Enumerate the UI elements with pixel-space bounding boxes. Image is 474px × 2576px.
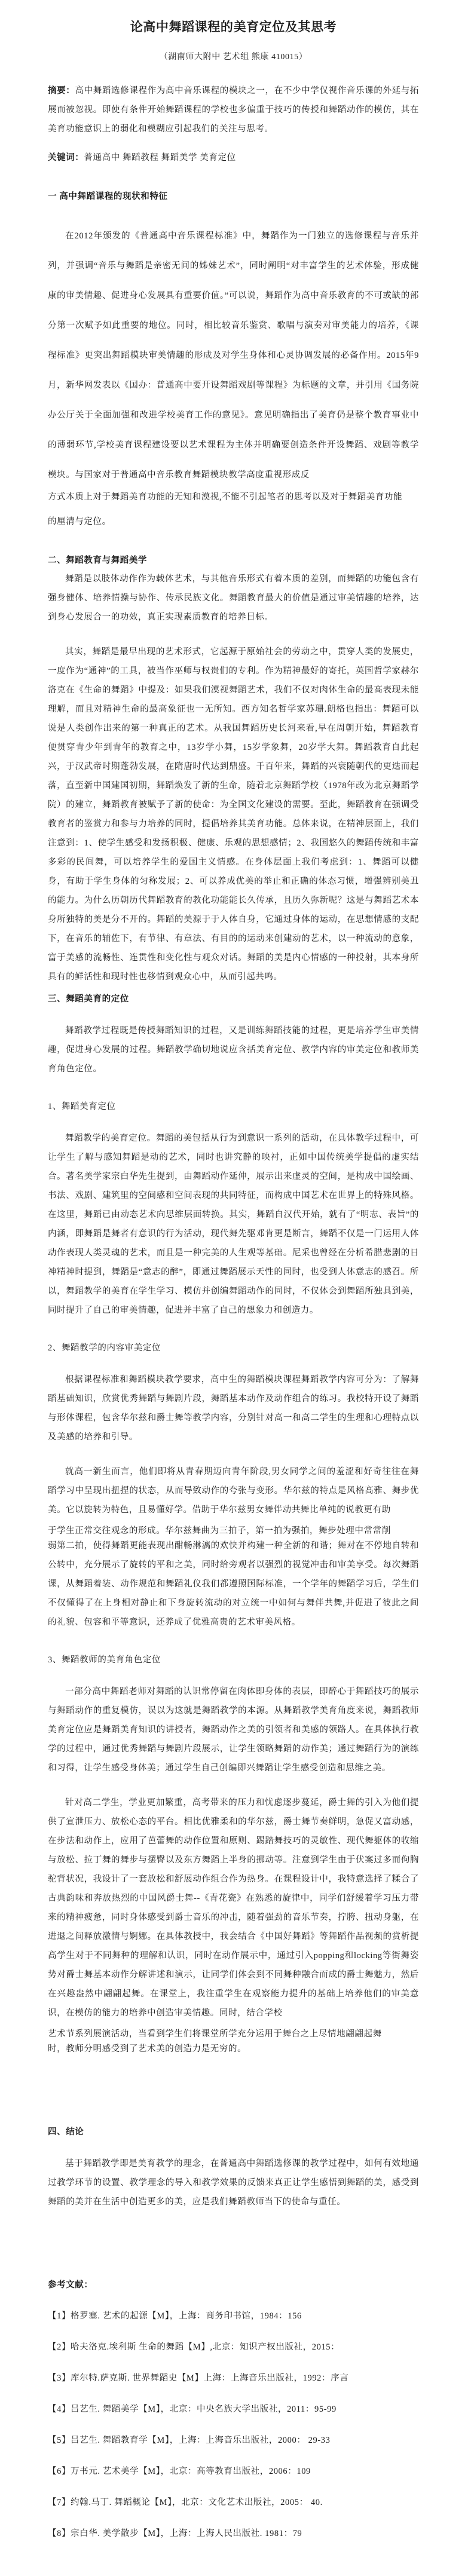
paragraph: 在2012年颁发的《普通高中音乐课程标准》中，舞蹈作为一门独立的选修课程与音乐并… [48, 221, 419, 490]
sub-heading: 1、舞蹈美育定位 [48, 1100, 419, 1113]
paragraph: 舞蹈是以肢体动作作为载体艺术，与其他音乐形式有着本质的差别，而舞蹈的功能包含有强… [48, 569, 419, 627]
paragraph: 针对高二学生，学业更加繁重，高考带来的压力和忧虑逐步蔓延，爵士舞的引入为他们提供… [48, 1793, 419, 2023]
keywords-text: 普通高中 舞蹈教程 舞蹈美学 美育定位 [84, 153, 236, 163]
section-heading: 一 高中舞蹈课程的现状和特征 [48, 190, 419, 203]
paragraph-continuation: 弱第二拍，使得舞蹈更能表现出酣畅淋漓的欢快并构建一种全新的和谐；舞对在不停地自转… [48, 1536, 419, 1632]
paragraph: 根据课程标准和舞蹈模块教学要求，高中生的舞蹈模块课程舞蹈教学内容可分为：了解舞蹈… [48, 1370, 419, 1447]
reference-item: 【2】哈夫洛克.埃利斯 生命的舞蹈【M】,北京：知识产权出版社，2015： [48, 2341, 419, 2354]
reference-item: 【6】万书元. 艺术美学【M】，北京：高等教育出版社，2006：109 [48, 2465, 419, 2478]
section-heading: 三、舞蹈美育的定位 [48, 993, 419, 1006]
reference-item: 【5】吕艺生. 舞蹈教育学【M】，上海：上海音乐出版社，2000： 29-33 [48, 2434, 419, 2447]
reference-item: 【4】吕艺生. 舞蹈美学【M】，北京：中央名族大学出版社，2011：95-99 [48, 2403, 419, 2416]
paragraph: 舞蹈教学过程既是传授舞蹈知识的过程，又是训练舞蹈技能的过程，更是培养学生审美情趣… [48, 1021, 419, 1079]
squeezed-line: 方式本质上对于舞蹈美育功能的无知和漠视,不能不引起笔者的思考以及对于舞蹈美育功能 [48, 490, 419, 505]
clipped-line: 于学生正常交往观念的形成。华尔兹舞曲为三拍子，第一拍为强拍，舞步处理中常常削 [48, 1526, 419, 1535]
sub-heading: 2、舞蹈教学的内容审美定位 [48, 1341, 419, 1355]
paragraph: 舞蹈教学的美育定位。舞蹈的美包括从行为到意识一系列的活动，在具体教学过程中，可让… [48, 1129, 419, 1320]
section-heading: 二、舞蹈教育与舞蹈美学 [48, 554, 419, 567]
paragraph: 其实，舞蹈是最早出现的艺术形式，它起源于原始社会的劳动之中，贯穿人类的发展史，一… [48, 642, 419, 987]
document-page: 论高中舞蹈课程的美育定位及其思考 （湖南师大附中 艺术组 熊康 410015） … [0, 0, 474, 2576]
reference-item: 【7】约翰.马丁. 舞蹈概论【M】，北京：文化艺术出版社，2005： 40. [48, 2496, 419, 2509]
references-label: 参考文献： [48, 2278, 419, 2292]
abstract-label: 摘要： [48, 86, 75, 96]
reference-item: 【8】宗白华. 美学散步【M】，上海：上海人民出版社. 1981：79 [48, 2527, 419, 2540]
paragraph-continuation: 时，教师分明感受到了艺术美的创造力是无穷的。 [48, 2039, 419, 2059]
section-heading: 四、结论 [48, 2125, 419, 2139]
document-body: 一 高中舞蹈课程的现状和特征在2012年颁发的《普通高中音乐课程标准》中，舞蹈作… [48, 190, 419, 2540]
keywords-label: 关键词： [48, 153, 84, 163]
keywords: 关键词：普通高中 舞蹈教程 舞蹈美学 美育定位 [48, 148, 419, 167]
reference-item: 【3】库尔特.萨克斯. 世界舞蹈史【M】上海：上海音乐出版社，1992：序言 [48, 2372, 419, 2385]
paragraph: 就高一新生而言，他们即将从青春期迈向青年阶段,男女同学之间的羞涩和好奇往往在舞蹈… [48, 1462, 419, 1520]
paragraph: 基于舞蹈教学即是美育教学的理念，在普通高中舞蹈选修课的教学过程中，如何有效地通过… [48, 2154, 419, 2211]
clipped-line: 艺术节系列展演活动，当看到学生们将课堂所学充分运用于舞台之上尽情地翩翩起舞 [48, 2029, 419, 2038]
sub-heading: 3、舞蹈教师的美育角色定位 [48, 1653, 419, 1667]
paper-title: 论高中舞蹈课程的美育定位及其思考 [48, 18, 419, 36]
reference-item: 【1】格罗塞. 艺术的起源【M】，上海：商务印书馆，1984：156 [48, 2309, 419, 2323]
paragraph-continuation: 的厘清与定位。 [48, 512, 419, 531]
paragraph: 一部分高中舞蹈老师对舞蹈的认识常停留在肉体即身体的表层，即醉心于舞蹈技巧的展示与… [48, 1682, 419, 1778]
abstract: 摘要：高中舞蹈选修课程作为高中音乐课程的模块之一，在不少中学仅视作音乐课的外延与… [48, 81, 419, 139]
author-line: （湖南师大附中 艺术组 熊康 410015） [48, 51, 419, 63]
abstract-text: 高中舞蹈选修课程作为高中音乐课程的模块之一，在不少中学仅视作音乐课的外延与拓展而… [48, 86, 419, 134]
